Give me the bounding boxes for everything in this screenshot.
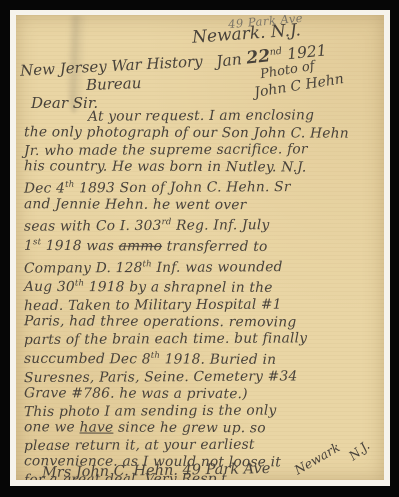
scan-matte: 49 Park Ave Newark. N.J. Jan 22nd 1921 N… [10,10,390,486]
body-line: At your request. I am enclosing [24,107,379,126]
body-line: Dec 4th 1893 Son of John C. Hehn. Sr [24,175,379,198]
body-line: Aug 30th 1918 by a shrapnel in the [24,275,379,297]
text-segment: Company D. 128 [24,259,143,276]
text-segment: his country. He was born in Nutley. N.J. [24,159,307,176]
body-line: one we have since he grew up. so [24,419,379,438]
text-segment: please return it, at your earliest [24,437,255,454]
text-segment: one we [24,419,80,435]
text-segment: transferred to [162,238,267,254]
text-segment: have [79,420,113,436]
text-segment: th [143,259,152,269]
text-segment: seas with Co I. 303 [24,218,162,235]
text-segment: Paris, had three operations. removing [24,313,296,330]
text-segment: 1893 Son of John C. Hehn. Sr [74,179,290,196]
text-segment: th [151,351,160,361]
text-segment: parts of the brain each time. but finall… [24,330,307,348]
body-line: seas with Co I. 303rd Reg. Inf. July [24,213,379,236]
text-segment: Jan [215,50,247,71]
text-segment: succumbed Dec 8 [24,351,151,368]
text-segment: rd [162,217,172,227]
text-segment: head. Taken to Military Hospital #1 [24,296,282,314]
letter-paper: 49 Park Ave Newark. N.J. Jan 22nd 1921 N… [16,15,384,480]
body-line: parts of the brain each time. but finall… [24,330,379,349]
text-segment: Grave #786. he was a private.) [24,385,248,402]
body-line: Suresnes, Paris, Seine. Cemetery #34 [24,368,379,387]
photo-frame: 49 Park Ave Newark. N.J. Jan 22nd 1921 N… [0,0,399,497]
text-segment: Aug 30 [24,279,75,295]
text-segment: Inf. was wounded [152,259,283,276]
body-line: head. Taken to Military Hospital #1 [24,296,379,315]
body-line: the only photograph of our Son John C. H… [24,124,379,143]
text-segment: since he grew up. so [113,420,265,437]
body-line: succumbed Dec 8th 1918. Buried in [24,347,379,369]
text-segment: Suresnes, Paris, Seine. Cemetery #34 [24,368,298,386]
text-segment: Reg. Inf. July [172,217,270,234]
body-line: and Jennie Hehn. he went over [24,196,379,215]
body-line: Paris, had three operations. removing [24,313,379,332]
recipient-line-2: Bureau [86,74,142,94]
body-line: Company D. 128th Inf. was wounded [24,254,379,277]
text-segment: Jr. who made the supreme sacrifice. for [24,142,308,160]
text-segment: At your request. I am enclosing [88,107,314,124]
text-segment: and Jennie Hehn. he went over [24,196,246,213]
text-segment: 1 [24,238,33,254]
signature-line: Mrs John C. Hehn. 49 Park Ave [42,461,271,480]
text-segment: 1918. Buried in [160,352,276,369]
text-segment: 1918 was [41,238,118,254]
text-segment: 1918 by a shrapnel in the [84,279,273,296]
text-segment: ammo [119,238,163,254]
body-line: 1st 1918 was ammo transferred to [24,234,379,256]
text-segment: the only photograph of our Son John C. H… [24,124,349,141]
text-segment: Dec 4 [24,181,65,197]
letter-body: At your request. I am enclosingthe only … [24,108,379,480]
body-line: This photo I am sending is the only [24,402,379,421]
text-segment: This photo I am sending is the only [24,403,277,421]
text-segment: th [75,279,84,289]
body-line: Grave #786. he was a private.) [24,385,379,404]
